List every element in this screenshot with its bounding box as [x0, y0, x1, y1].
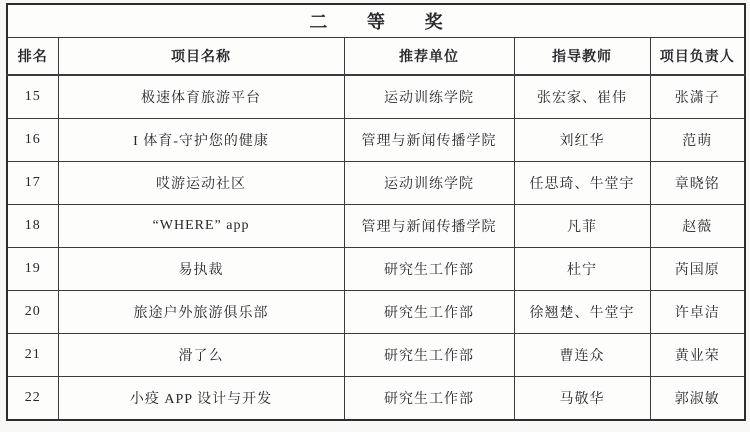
- leader-cell: 赵薇: [650, 205, 745, 248]
- leader-cell: 张潇子: [650, 75, 745, 119]
- header-project: 项目名称: [58, 38, 344, 76]
- table-row: 15 极速体育旅游平台 运动训练学院 张宏家、崔伟 张潇子: [7, 75, 745, 119]
- advisor-cell: 张宏家、崔伟: [514, 75, 650, 119]
- table-row: 21 滑了么 研究生工作部 曹连众 黄业荣: [7, 333, 745, 376]
- leader-cell: 许卓洁: [650, 290, 745, 333]
- project-cell: 极速体育旅游平台: [58, 75, 344, 119]
- second-prize-table: 二 等 奖 排名 项目名称 推荐单位 指导教师 项目负责人 15 极速体育旅游平…: [6, 3, 746, 421]
- advisor-cell: 刘红华: [514, 119, 650, 162]
- leader-cell: 章晓铭: [650, 162, 745, 205]
- advisor-cell: 杜宁: [514, 247, 650, 290]
- header-rank: 排名: [7, 38, 58, 76]
- leader-cell: 郭淑敏: [650, 376, 745, 420]
- table-title-row: 二 等 奖: [7, 4, 745, 38]
- table-row: 17 哎游运动社区 运动训练学院 任思琦、牛堂宇 章晓铭: [7, 162, 745, 205]
- rank-cell: 22: [7, 376, 58, 420]
- header-leader: 项目负责人: [650, 38, 745, 76]
- leader-cell: 芮国原: [650, 247, 745, 290]
- header-unit: 推荐单位: [344, 38, 514, 76]
- project-cell: “WHERE” app: [58, 205, 344, 248]
- unit-cell: 运动训练学院: [344, 75, 514, 119]
- table-row: 20 旅途户外旅游俱乐部 研究生工作部 徐翘楚、牛堂宇 许卓洁: [7, 290, 745, 333]
- table-title: 二 等 奖: [7, 4, 745, 38]
- unit-cell: 研究生工作部: [344, 290, 514, 333]
- table-row: 18 “WHERE” app 管理与新闻传播学院 凡菲 赵薇: [7, 205, 745, 248]
- unit-cell: 管理与新闻传播学院: [344, 205, 514, 248]
- project-cell: 旅途户外旅游俱乐部: [58, 290, 344, 333]
- advisor-cell: 徐翘楚、牛堂宇: [514, 290, 650, 333]
- project-cell: 哎游运动社区: [58, 162, 344, 205]
- rank-cell: 15: [7, 75, 58, 119]
- project-cell: I 体育-守护您的健康: [58, 119, 344, 162]
- rank-cell: 17: [7, 162, 58, 205]
- rank-cell: 18: [7, 205, 58, 248]
- rank-cell: 20: [7, 290, 58, 333]
- rank-cell: 16: [7, 119, 58, 162]
- leader-cell: 范萌: [650, 119, 745, 162]
- advisor-cell: 凡菲: [514, 205, 650, 248]
- table-row: 16 I 体育-守护您的健康 管理与新闻传播学院 刘红华 范萌: [7, 119, 745, 162]
- leader-cell: 黄业荣: [650, 333, 745, 376]
- advisor-cell: 任思琦、牛堂宇: [514, 162, 650, 205]
- unit-cell: 运动训练学院: [344, 162, 514, 205]
- table-row: 19 易执裁 研究生工作部 杜宁 芮国原: [7, 247, 745, 290]
- project-cell: 小疫 APP 设计与开发: [58, 376, 344, 420]
- unit-cell: 研究生工作部: [344, 376, 514, 420]
- rank-cell: 21: [7, 333, 58, 376]
- project-cell: 滑了么: [58, 333, 344, 376]
- unit-cell: 研究生工作部: [344, 247, 514, 290]
- header-advisor: 指导教师: [514, 38, 650, 76]
- advisor-cell: 曹连众: [514, 333, 650, 376]
- table-header-row: 排名 项目名称 推荐单位 指导教师 项目负责人: [7, 38, 745, 76]
- scanned-award-document: 二 等 奖 排名 项目名称 推荐单位 指导教师 项目负责人 15 极速体育旅游平…: [0, 0, 750, 432]
- project-cell: 易执裁: [58, 247, 344, 290]
- rank-cell: 19: [7, 247, 58, 290]
- advisor-cell: 马敬华: [514, 376, 650, 420]
- table-row: 22 小疫 APP 设计与开发 研究生工作部 马敬华 郭淑敏: [7, 376, 745, 420]
- unit-cell: 研究生工作部: [344, 333, 514, 376]
- unit-cell: 管理与新闻传播学院: [344, 119, 514, 162]
